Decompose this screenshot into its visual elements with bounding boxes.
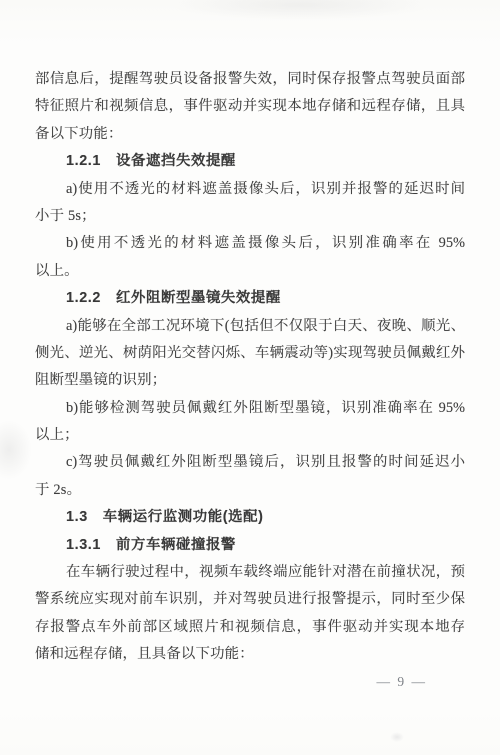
text-line: 特征照片和视频信息，事件驱动并实现本地存储和远程存储，且具 [35, 93, 465, 120]
text-line: c)驾驶员佩戴红外阻断型墨镜后，识别且报警的时间延迟小 [35, 449, 465, 476]
text-line: 备以下功能： [35, 121, 465, 148]
text-line: 小于 5s； [35, 203, 465, 230]
heading-line: 1.3.1 前方车辆碰撞报警 [35, 532, 465, 559]
heading-line: 1.3 车辆运行监测功能(选配) [35, 504, 465, 531]
scan-smudge-dot [390, 732, 404, 742]
text-line: 在车辆行驶过程中，视频车载终端应能针对潜在前撞状况，预 [35, 559, 465, 586]
text-line: 存报警点车外前部区域照片和视频信息，事件驱动并实现本地存 [35, 614, 465, 641]
text-line: b)使用不透光的材料遮盖摄像头后，识别准确率在 95% [35, 230, 465, 257]
document-body: 部信息后，提醒驾驶员设备报警失效，同时保存报警点驾驶员面部特征照片和视频信息，事… [35, 66, 465, 669]
text-line: a)能够在全部工况环境下(包括但不仅限于白天、夜晚、顺光、 [35, 313, 465, 340]
text-line: 阻断型墨镜的识别； [35, 367, 465, 394]
text-line: b)能够检测驾驶员佩戴红外阻断型墨镜，识别准确率在 95% [35, 395, 465, 422]
text-line: 以上； [35, 422, 465, 449]
text-line: 警系统应实现对前车识别，并对驾驶员进行报警提示，同时至少保 [35, 586, 465, 613]
text-line: 于 2s。 [35, 477, 465, 504]
text-line: 储和远程存储，且具备以下功能： [35, 641, 465, 668]
page-number: — 9 — [377, 673, 428, 691]
text-line: 部信息后，提醒驾驶员设备报警失效，同时保存报警点驾驶员面部 [35, 66, 465, 93]
text-line: 以上。 [35, 258, 465, 285]
text-line: 侧光、逆光、树荫阳光交替闪烁、车辆震动等)实现驾驶员佩戴红外 [35, 340, 465, 367]
text-line: a)使用不透光的材料遮盖摄像头后，识别并报警的延迟时间 [35, 176, 465, 203]
scan-smudge-top [170, 0, 430, 20]
scanned-document-page: 部信息后，提醒驾驶员设备报警失效，同时保存报警点驾驶员面部特征照片和视频信息，事… [0, 0, 500, 755]
heading-line: 1.2.2 红外阻断型墨镜失效提醒 [35, 285, 465, 312]
scan-smudge-left [0, 420, 32, 480]
heading-line: 1.2.1 设备遮挡失效提醒 [35, 148, 465, 175]
